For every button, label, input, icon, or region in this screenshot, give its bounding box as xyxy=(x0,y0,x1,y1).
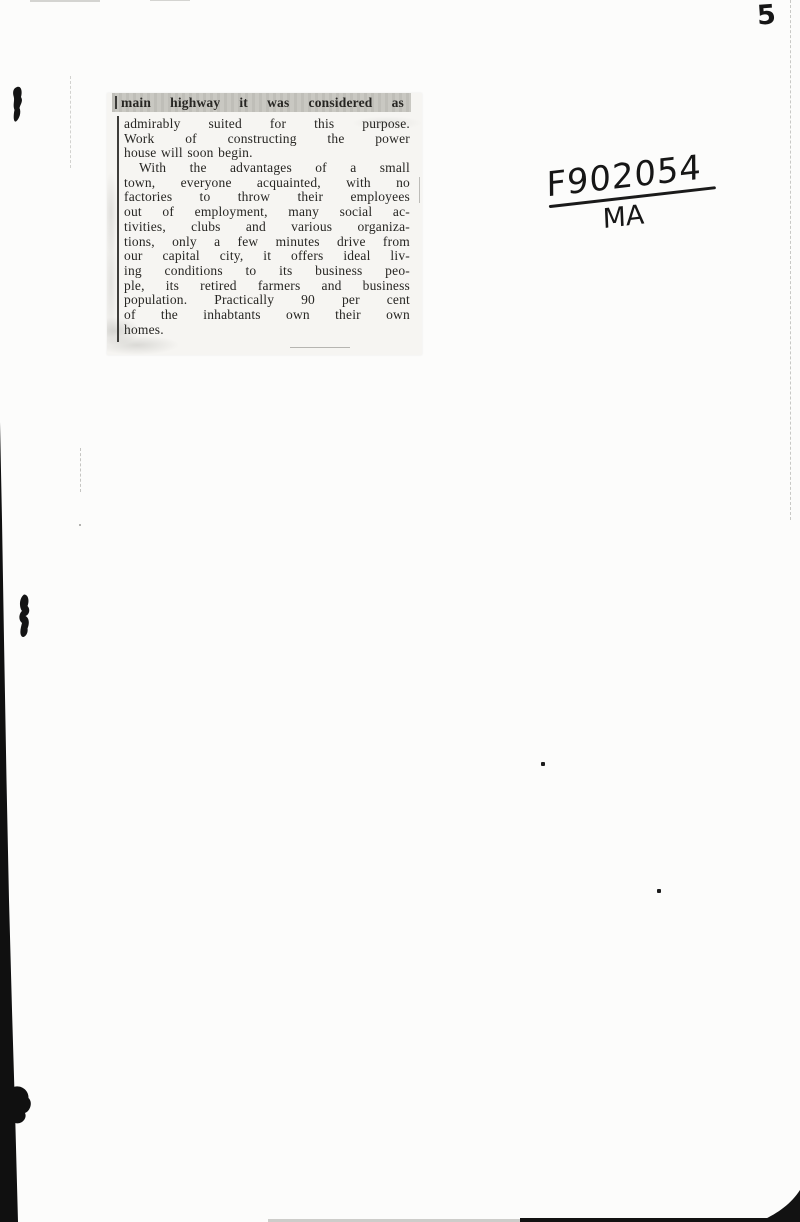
bottom-edge-dark xyxy=(520,1218,800,1222)
binder-edge-blob xyxy=(11,1086,31,1123)
scan-artifacts xyxy=(0,0,800,1222)
ink-blob-top xyxy=(13,87,22,122)
ink-blob-middle xyxy=(19,595,29,637)
corner-wedge-bottom-right xyxy=(758,1190,800,1222)
